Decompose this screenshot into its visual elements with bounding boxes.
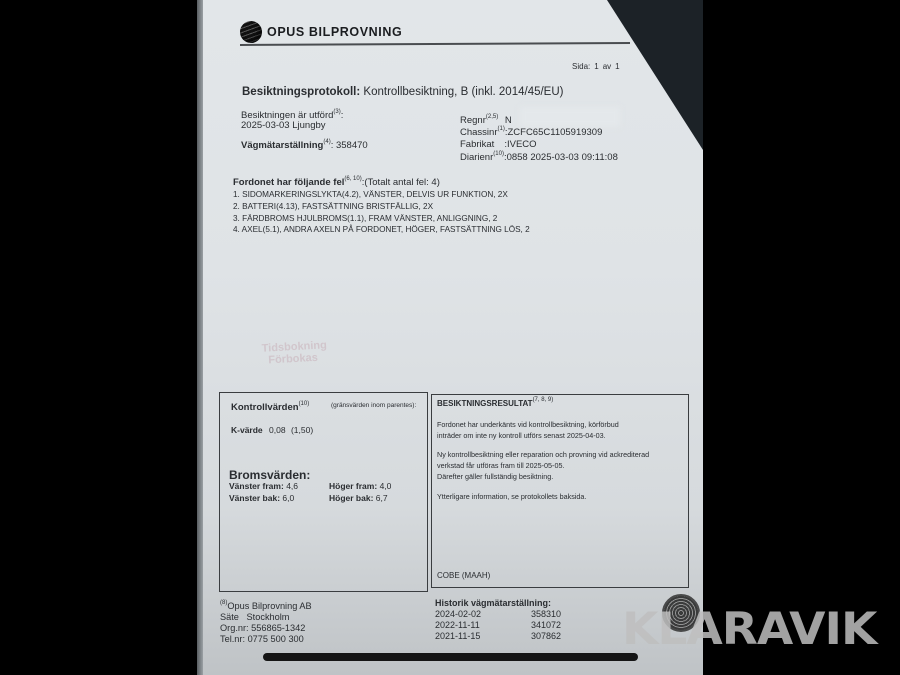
watermark-logo: KLARAVIK [622, 603, 876, 655]
brake-right-rear: Höger bak: 6,7 [329, 493, 388, 503]
result-paragraph-1: Fordonet har underkänts vid kontrollbesi… [437, 419, 619, 441]
inspector-signature: COBE (MAAH) [437, 571, 490, 580]
redaction-blur [520, 107, 620, 127]
fault-item: 3. FÄRDBROMS HJULBROMS(1.1), FRAM VÄNSTE… [233, 213, 530, 225]
brand-logo: OPUS BILPROVNING [240, 21, 402, 43]
brake-right-front: Höger fram: 4,0 [329, 481, 391, 491]
chassinr-field: Chassinr(1):ZCFC65C1105919309 [460, 126, 602, 138]
fault-item: 1. SIDOMARKERINGSLYKTA(4.2), VÄNSTER, DE… [233, 189, 530, 201]
result-paragraph-3: Ytterligare information, se protokollets… [437, 492, 586, 501]
fault-item: 4. AXEL(5.1), ANDRA AXELN PÅ FORDONET, H… [233, 224, 530, 236]
diarienr-field: Diarienr(10):0858 2025-03-03 09:11:08 [460, 151, 618, 163]
fabrikat-field: Fabrikat:IVECO [460, 139, 537, 150]
control-values-box [219, 392, 428, 592]
fault-item: 2. BATTERI(4.13), FASTSÄTTNING BRISTFÄLL… [233, 201, 530, 213]
k-value: K-värde 0,08 (1,50) [231, 425, 313, 435]
odometer: Vägmätarställning(4): 358470 [241, 139, 368, 151]
brand-name: OPUS BILPROVNING [267, 25, 402, 39]
page-title: Besiktningsprotokoll: Kontrollbesiktning… [242, 86, 563, 98]
result-heading: BESIKTNINGSRESULTAT(7, 8, 9) [437, 397, 553, 408]
history-row: 2024-02-02358310 [435, 609, 561, 620]
regnr-field: Regnr(2,5) N [460, 114, 512, 126]
globe-logo-icon [240, 21, 262, 43]
faults-section: Fordonet har följande fel(6, 10):(Totalt… [233, 173, 530, 236]
performed-value: 2025-03-03 Ljungby [241, 120, 326, 131]
limits-note: (gränsvärden inom parentes): [331, 402, 416, 409]
paper-fold-shadow [607, 0, 703, 150]
brake-left-front: Vänster fram: 4,6 [229, 481, 298, 491]
odometer-history: Historik vägmätarställning: 2024-02-0235… [435, 598, 561, 642]
control-values-heading: Kontrollvärden(10) [231, 401, 309, 413]
result-paragraph-2: Ny kontrollbesiktning eller reparation o… [437, 449, 649, 482]
paper-edge [197, 0, 203, 675]
history-row: 2021-11-15307862 [435, 631, 561, 642]
horizontal-scrollbar[interactable] [263, 653, 638, 661]
page-indicator: Sida:1av1 [568, 62, 620, 71]
faded-stamp: Tidsbokning Förbokas [261, 339, 327, 366]
company-info: (8)Opus Bilprovning AB Säte Stockholm Or… [220, 598, 312, 645]
fault-list: 1. SIDOMARKERINGSLYKTA(4.2), VÄNSTER, DE… [233, 189, 530, 236]
brake-left-rear: Vänster bak: 6,0 [229, 493, 294, 503]
brake-values-heading: Bromsvärden: [229, 468, 310, 482]
history-row: 2022-11-11341072 [435, 620, 561, 631]
